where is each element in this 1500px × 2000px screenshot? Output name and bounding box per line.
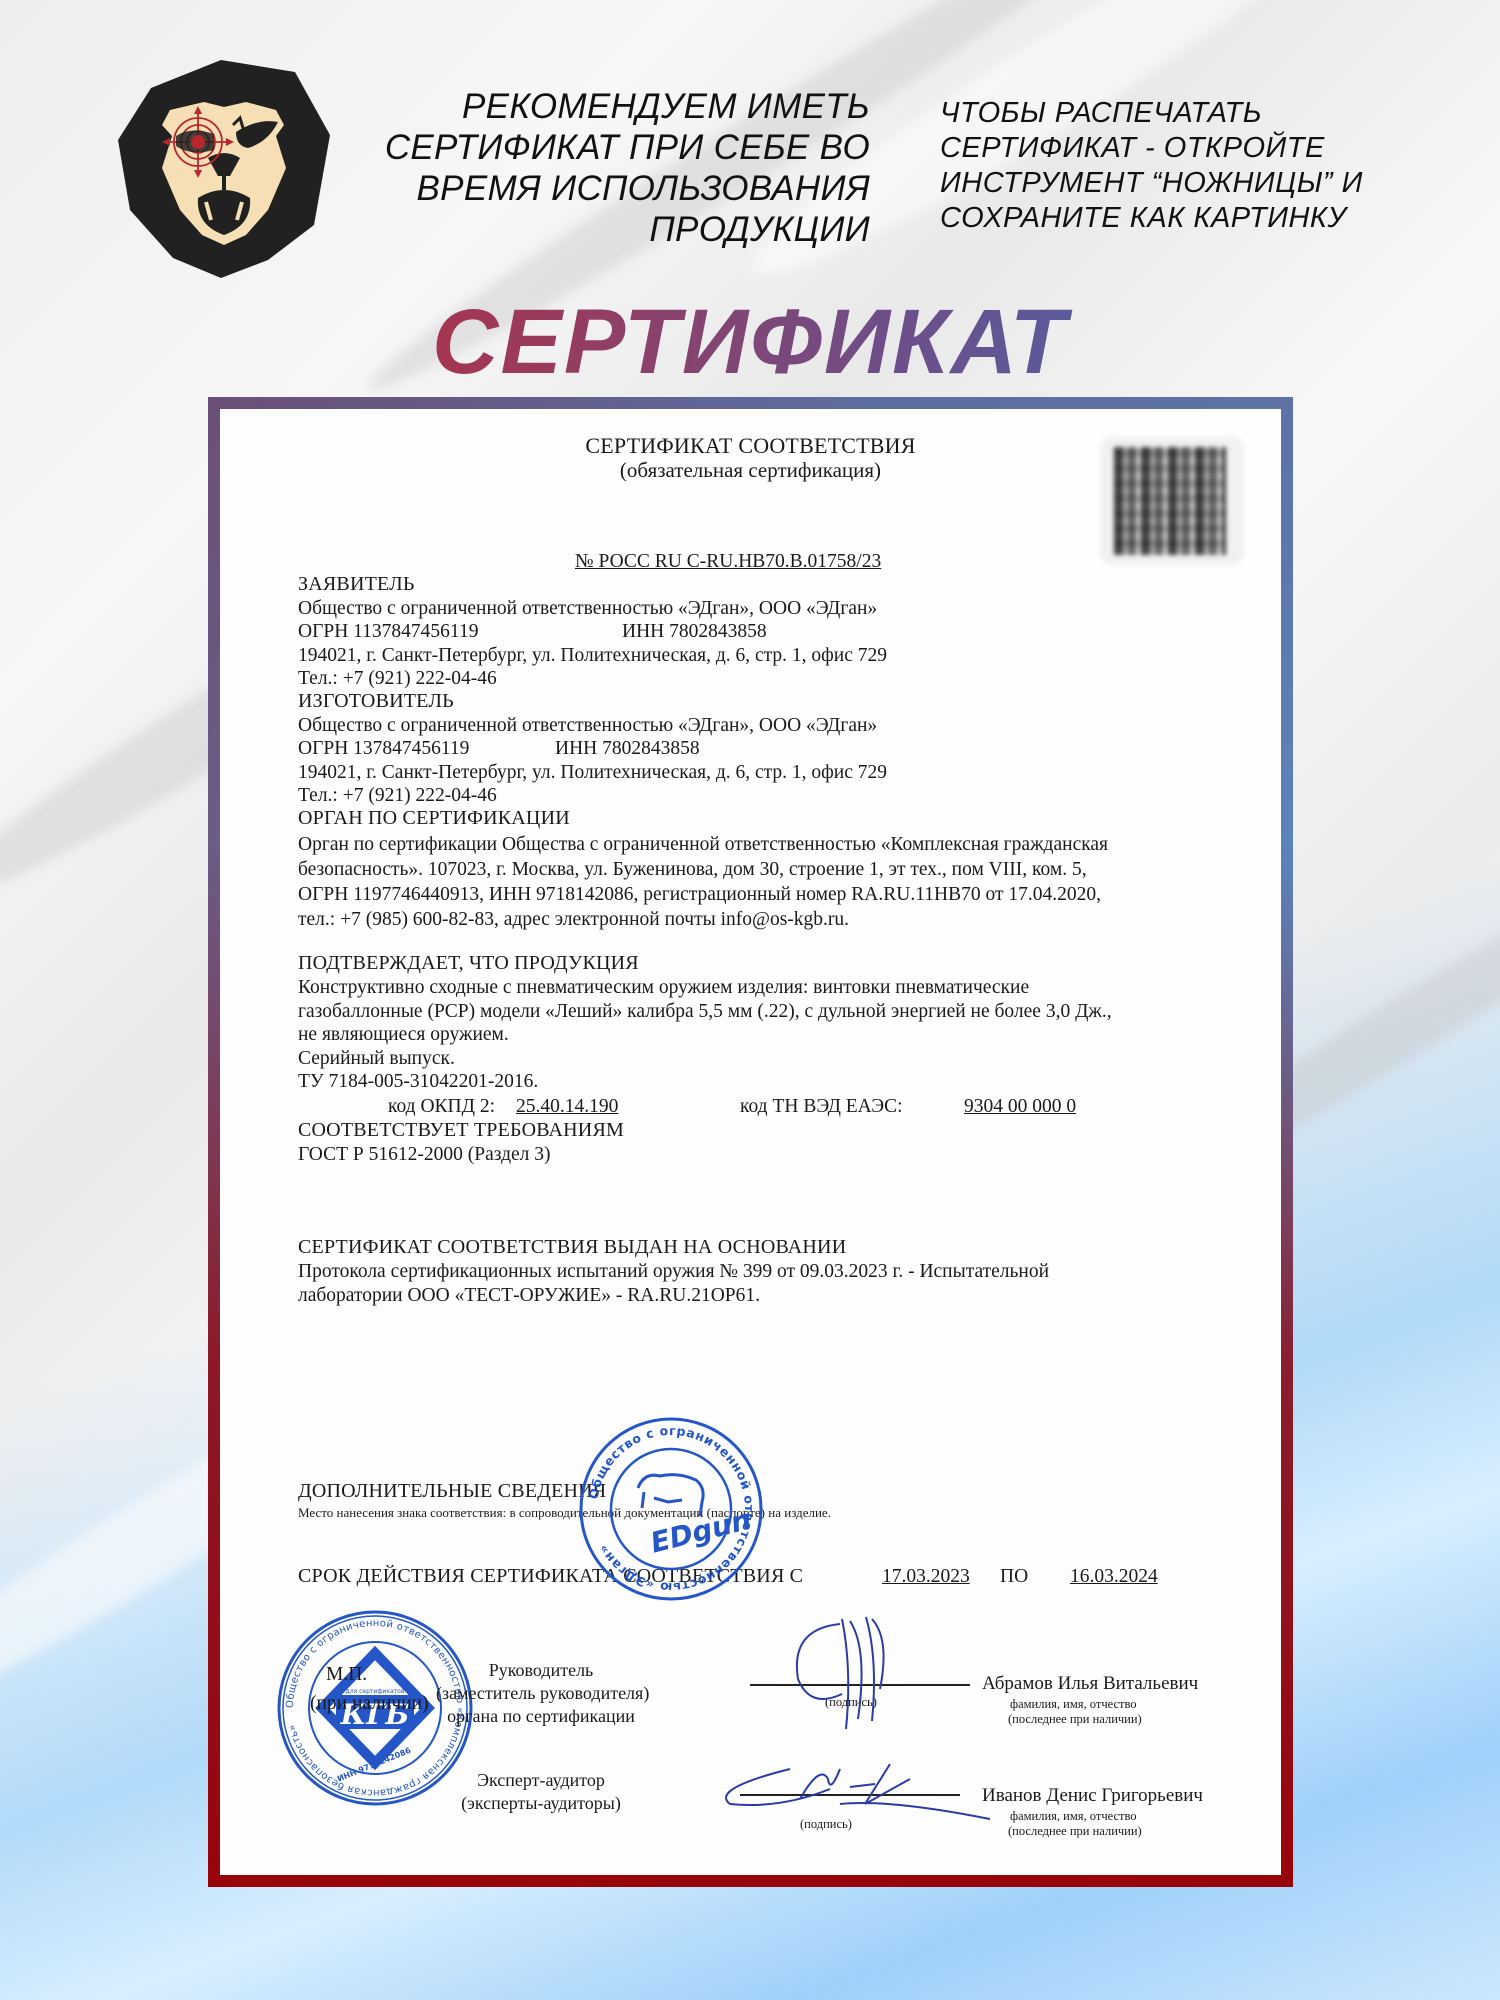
- requirements-value: ГОСТ Р 51612-2000 (Раздел 3): [298, 1143, 551, 1166]
- expert-role-line: (эксперты-аудиторы): [436, 1792, 646, 1815]
- requirements-heading: СООТВЕТСТВУЕТ ТРЕБОВАНИЯМ: [298, 1119, 624, 1142]
- validity-to: 16.03.2024: [1070, 1565, 1158, 1588]
- fio-note: фамилия, имя, отчество: [1010, 1809, 1137, 1824]
- manufacturer-ogrn: ОГРН 137847456119: [298, 737, 469, 760]
- carry-certificate-tip: РЕКОМЕНДУЕМ ИМЕТЬ СЕРТИФИКАТ ПРИ СЕБЕ ВО…: [360, 86, 870, 250]
- mp-label: М.П.: [326, 1663, 367, 1686]
- certificate-frame: СЕРТИФИКАТ СООТВЕТСТВИЯ (обязательная се…: [208, 397, 1293, 1887]
- head-role-line: Руководитель: [436, 1659, 646, 1682]
- product-line: Серийный выпуск.: [298, 1047, 455, 1070]
- certificate-document: СЕРТИФИКАТ СООТВЕТСТВИЯ (обязательная се…: [220, 409, 1281, 1875]
- fio-note: (последнее при наличии): [1008, 1712, 1142, 1727]
- product-line: газобаллонные (PCP) модели «Леший» калиб…: [298, 1000, 1112, 1023]
- product-heading: ПОДТВЕРЖДАЕТ, ЧТО ПРОДУКЦИЯ: [298, 952, 639, 975]
- lion-target-logo: [118, 60, 330, 278]
- cert-body-line: тел.: +7 (985) 600-82-83, адрес электрон…: [298, 908, 849, 931]
- manufacturer-heading: ИЗГОТОВИТЕЛЬ: [298, 690, 454, 713]
- head-role-line: органа по сертификации: [436, 1705, 646, 1728]
- applicant-name: Общество с ограниченной ответственностью…: [298, 597, 877, 620]
- product-line: Конструктивно сходные с пневматическим о…: [298, 976, 1029, 999]
- tnved-label: код ТН ВЭД ЕАЭС:: [740, 1095, 903, 1118]
- cert-body-heading: ОРГАН ПО СЕРТИФИКАЦИИ: [298, 807, 570, 830]
- applicant-inn: ИНН 7802843858: [622, 620, 767, 643]
- product-line: не являющиеся оружием.: [298, 1023, 509, 1046]
- okpd-value: 25.40.14.190: [516, 1095, 618, 1118]
- expert-role-line: Эксперт-аудитор: [436, 1769, 646, 1792]
- okpd-label: код ОКПД 2:: [388, 1095, 495, 1118]
- applicant-address: 194021, г. Санкт-Петербург, ул. Политехн…: [298, 644, 887, 667]
- manufacturer-phone: Тел.: +7 (921) 222-04-46: [298, 784, 497, 807]
- applicant-ogrn: ОГРН 1137847456119: [298, 620, 478, 643]
- head-name: Абрамов Илья Витальевич: [982, 1672, 1198, 1695]
- expert-handwritten-signature: [690, 1749, 990, 1829]
- certificate-subtitle: (обязательная сертификация): [220, 459, 1281, 482]
- product-line: ТУ 7184-005-31042201-2016.: [298, 1070, 538, 1093]
- page-title: СЕРТИФИКАТ: [0, 292, 1500, 392]
- fio-note: (последнее при наличии): [1008, 1824, 1142, 1839]
- validity-to-label: ПО: [1000, 1565, 1028, 1588]
- mp-note: (при наличии): [310, 1692, 429, 1715]
- expert-name: Иванов Денис Григорьевич: [982, 1784, 1203, 1807]
- head-handwritten-signature: [780, 1609, 910, 1739]
- applicant-heading: ЗАЯВИТЕЛЬ: [298, 573, 415, 596]
- cert-body-line: Орган по сертификации Общества с огранич…: [298, 833, 1108, 856]
- basis-line: лаборатории ООО «ТЕСТ-ОРУЖИЕ» - RA.RU.21…: [298, 1284, 760, 1307]
- edgun-company-stamp: Общество с ограниченной ответственностью…: [578, 1416, 764, 1602]
- validity-from: 17.03.2023: [882, 1565, 970, 1588]
- manufacturer-inn: ИНН 7802843858: [555, 737, 700, 760]
- additional-heading: ДОПОЛНИТЕЛЬНЫЕ СВЕДЕНИЯ: [298, 1480, 606, 1503]
- print-instructions-tip: ЧТОБЫ РАСПЕЧАТАТЬ СЕРТИФИКАТ - ОТКРОЙТЕ …: [940, 96, 1420, 236]
- fio-note: фамилия, имя, отчество: [1010, 1697, 1137, 1712]
- manufacturer-address: 194021, г. Санкт-Петербург, ул. Политехн…: [298, 761, 887, 784]
- basis-line: Протокола сертификационных испытаний ору…: [298, 1260, 1049, 1283]
- manufacturer-name: Общество с ограниченной ответственностью…: [298, 714, 877, 737]
- certificate-number: № РОСС RU С-RU.НВ70.В.01758/23: [575, 550, 881, 573]
- applicant-phone: Тел.: +7 (921) 222-04-46: [298, 667, 497, 690]
- basis-heading: СЕРТИФИКАТ СООТВЕТСТВИЯ ВЫДАН НА ОСНОВАН…: [298, 1236, 846, 1259]
- head-role-line: (заместитель руководителя): [436, 1682, 646, 1705]
- svg-text:ИНН 9718142086: ИНН 9718142086: [336, 1746, 413, 1784]
- tnved-value: 9304 00 000 0: [964, 1095, 1076, 1118]
- cert-body-line: безопасность». 107023, г. Москва, ул. Бу…: [298, 858, 1087, 881]
- cert-body-line: ОГРН 1197746440913, ИНН 9718142086, реги…: [298, 883, 1101, 906]
- certificate-title: СЕРТИФИКАТ СООТВЕТСТВИЯ: [220, 434, 1281, 457]
